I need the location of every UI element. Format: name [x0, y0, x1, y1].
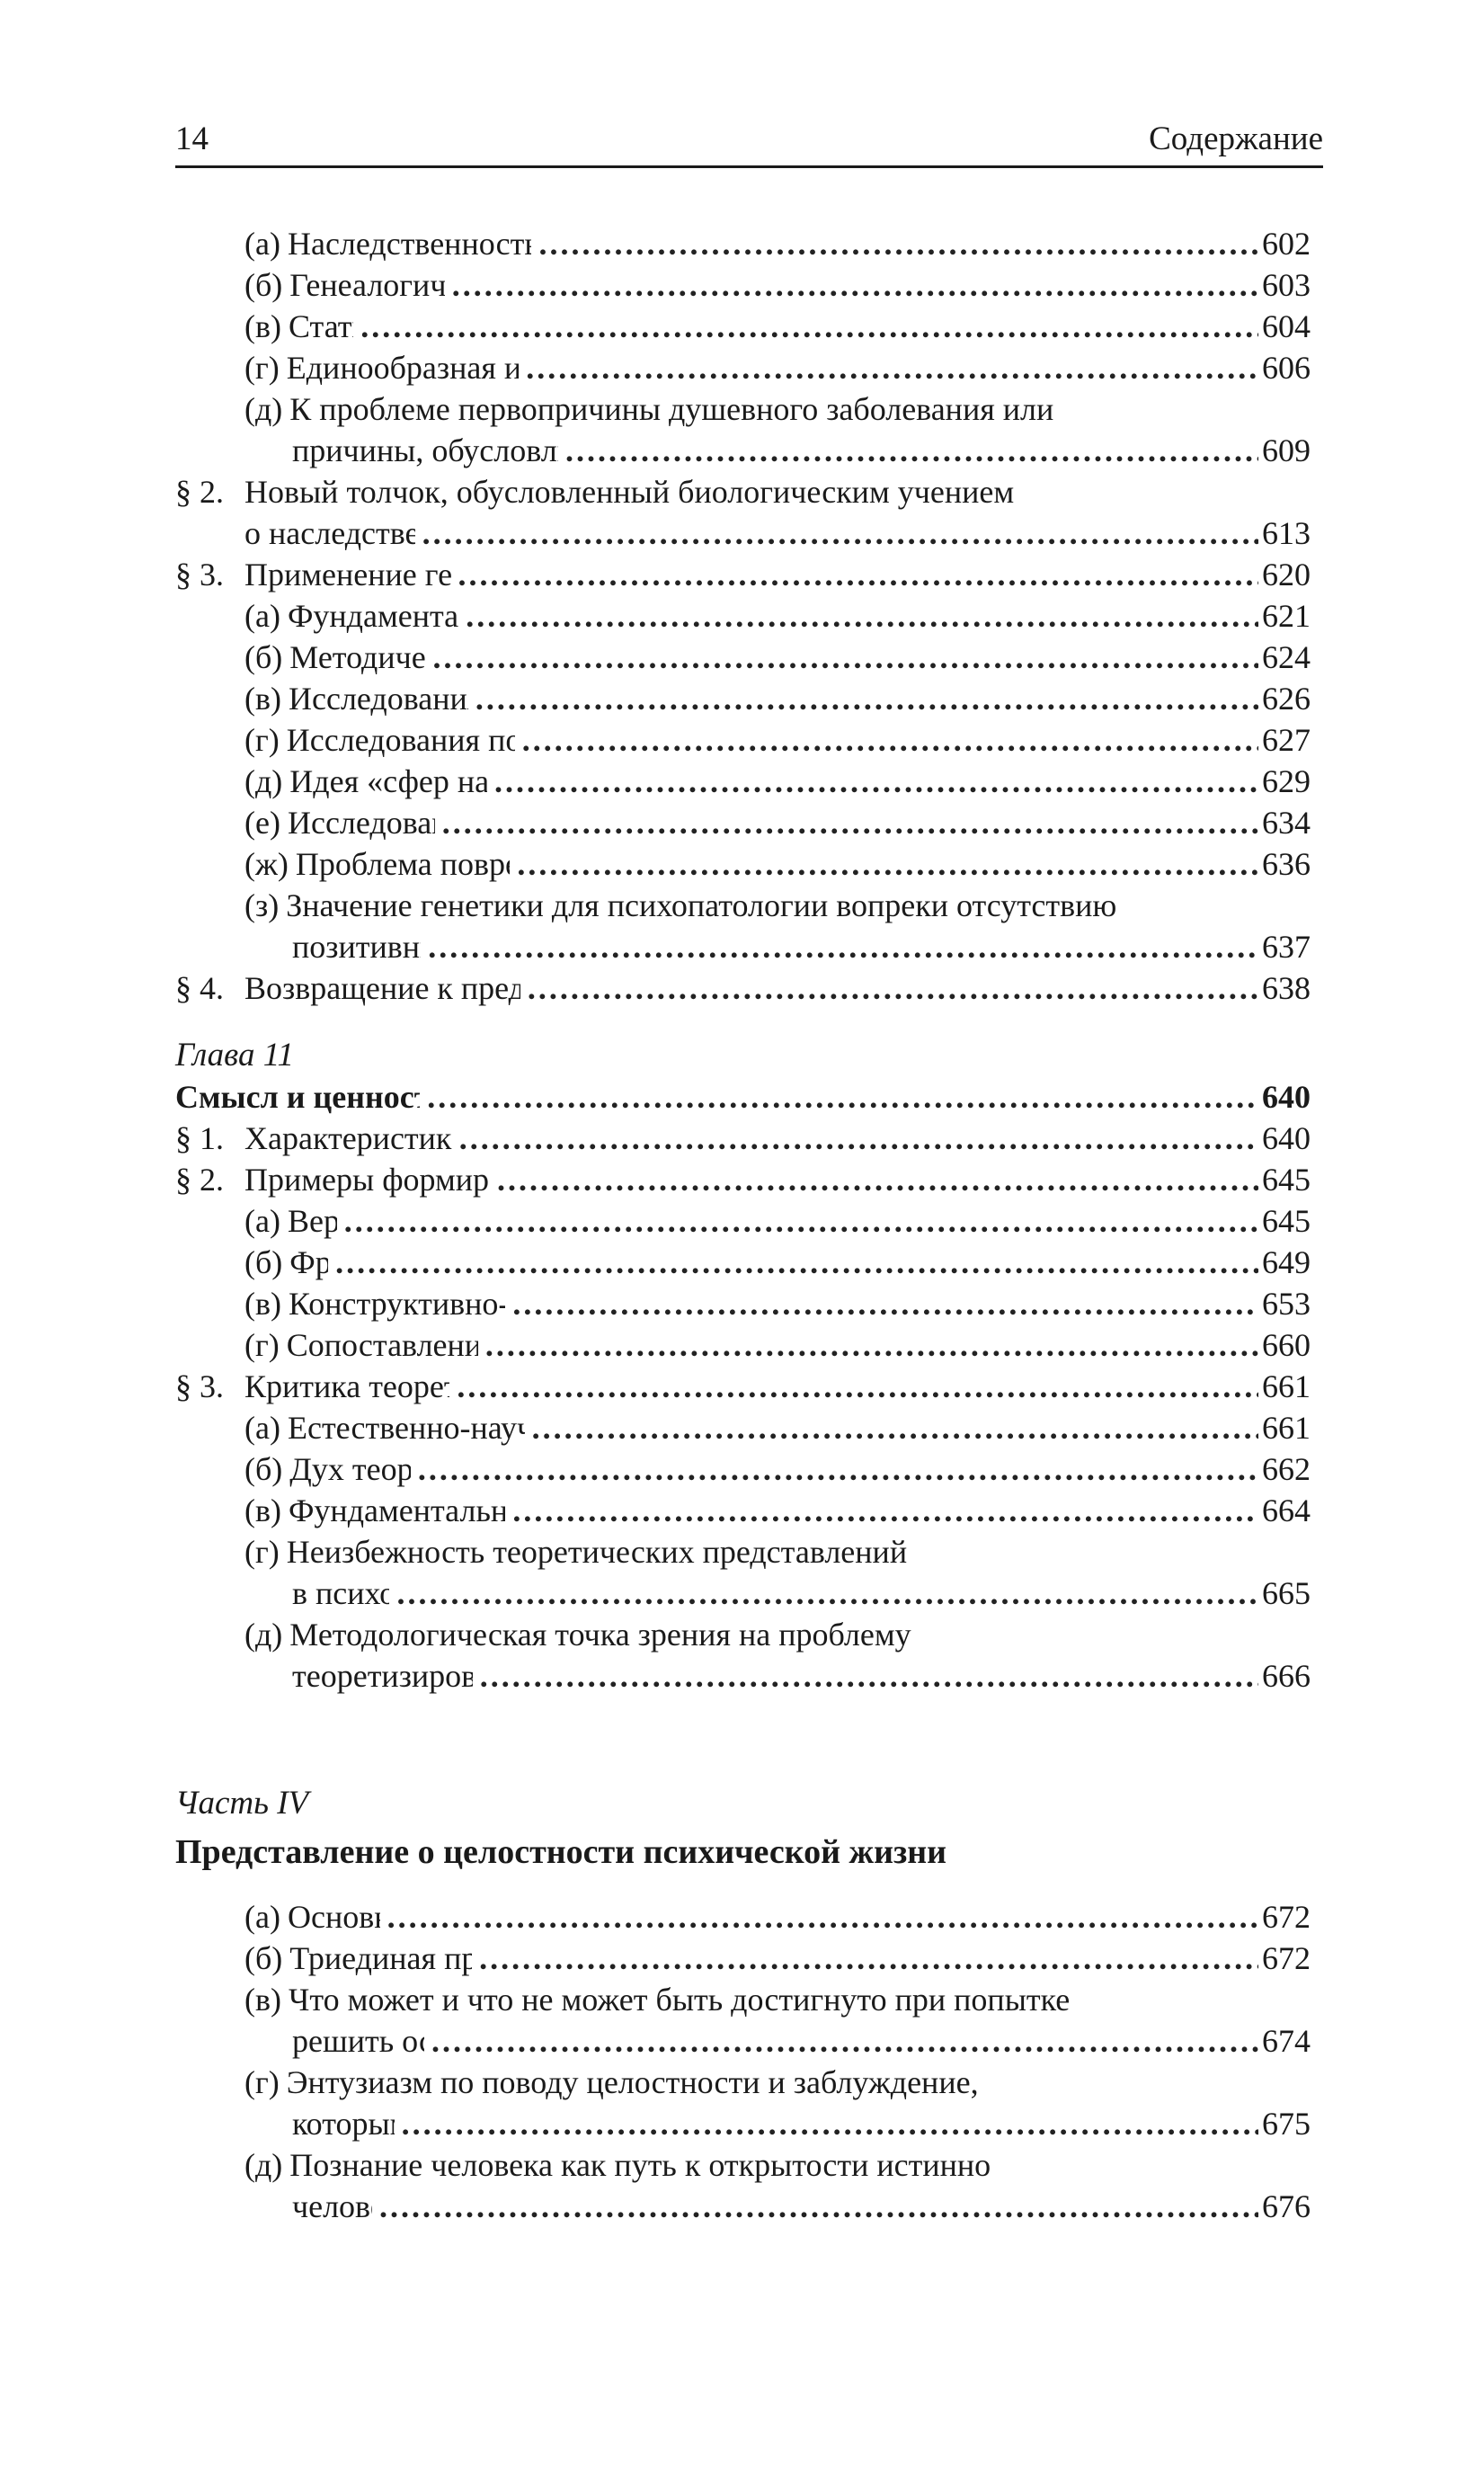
entry-marker: (в): [244, 306, 281, 347]
entry-marker: § 1.: [175, 1118, 244, 1159]
toc-entry[interactable]: § 3.Применение генетики в психопатологии…: [175, 554, 1311, 595]
entry-marker: (в): [244, 1979, 281, 2020]
entry-page-number: 674: [1262, 2020, 1311, 2062]
entry-page-number: 675: [1262, 2103, 1311, 2144]
toc-entry[interactable]: § 3.Критика теоретизирования как таковог…: [175, 1366, 1311, 1407]
toc-entry[interactable]: (а)Наследственность как фундаментальный …: [244, 223, 1311, 264]
entry-title: Познание человека как путь к открытости …: [289, 2144, 991, 2186]
toc-entry-line[interactable]: (д)Методологическая точка зрения на проб…: [244, 1614, 1311, 1655]
entry-page-number: 620: [1262, 554, 1311, 595]
part-title: Представление о целостности психической …: [175, 1830, 946, 1875]
entry-marker: (а): [244, 1896, 280, 1938]
dot-leader: ........................................…: [479, 1938, 1258, 1979]
entry-title: Генеалогическая точка зрения: [289, 264, 444, 306]
entry-marker: (в): [244, 1490, 281, 1531]
entry-marker: (б): [244, 264, 282, 306]
toc-entry[interactable]: (б)Триединая природа основной задачи....…: [244, 1938, 1311, 1979]
entry-page-number: 626: [1262, 678, 1311, 719]
entry-title: Что может и что не может быть достигнуто…: [289, 1979, 1070, 2020]
dot-leader: ........................................…: [422, 512, 1258, 554]
entry-marker: (б): [244, 637, 282, 678]
dot-leader: ........................................…: [497, 1159, 1258, 1200]
toc-entry[interactable]: (б)Фрейд................................…: [244, 1242, 1311, 1283]
entry-title: Применение генетики в психопатологии: [244, 554, 451, 595]
entry-title: Наследственность как фундаментальный фак…: [288, 223, 531, 264]
toc-entry[interactable]: (а)Естественно-научные теории как исходн…: [244, 1407, 1311, 1448]
entry-marker: § 3.: [175, 554, 244, 595]
dot-leader: ........................................…: [565, 430, 1258, 471]
entry-page-number: 662: [1262, 1448, 1311, 1490]
entry-title: Вернике: [288, 1200, 337, 1242]
running-title: Содержание: [1149, 117, 1323, 162]
dot-leader: ........................................…: [526, 347, 1258, 388]
dot-leader: ........................................…: [433, 637, 1259, 678]
entry-title: К проблеме первопричины душевного заболе…: [289, 388, 1053, 430]
toc-entry[interactable]: (а)Вернике..............................…: [244, 1200, 1311, 1242]
dot-leader: ........................................…: [480, 1655, 1258, 1697]
entry-marker: (д): [244, 2144, 282, 2186]
dot-leader: ........................................…: [466, 595, 1258, 637]
entry-marker: (а): [244, 1200, 280, 1242]
dot-leader: ........................................…: [442, 802, 1258, 843]
toc-entry[interactable]: (б)Дух теоретизирования.................…: [244, 1448, 1311, 1490]
entry-page-number: 638: [1262, 967, 1311, 1009]
toc-entry[interactable]: (е)Исследования по близнецам............…: [244, 802, 1311, 843]
dot-leader: ........................................…: [485, 1324, 1258, 1366]
entry-title: Исследования по близнецам: [288, 802, 435, 843]
entry-title: Новый толчок, обусловленный биологически…: [244, 471, 1014, 512]
toc-entry[interactable]: (в)Исследования по генетике психозов....…: [244, 678, 1311, 719]
entry-title: Значение генетики для психопатологии воп…: [286, 885, 1116, 926]
entry-page-number: 624: [1262, 637, 1311, 678]
entry-page-number: 627: [1262, 719, 1311, 761]
toc-entry[interactable]: которым он чреват.......................…: [292, 2103, 1311, 2144]
toc-entry[interactable]: причины, обусловливающей его возобновлен…: [292, 430, 1311, 471]
dot-leader: ........................................…: [517, 843, 1258, 885]
toc-entry[interactable]: (в)Фундаментальные ошибки теоретизирован…: [244, 1490, 1311, 1531]
toc-entry[interactable]: (б)Генеалогическая точка зрения.........…: [244, 264, 1311, 306]
toc-entry[interactable]: § 1.Характеристика объяснительных теорий…: [175, 1118, 1311, 1159]
entry-marker: (д): [244, 761, 282, 802]
entry-marker: (г): [244, 2062, 280, 2103]
entry-marker: (д): [244, 1614, 282, 1655]
toc-entry[interactable]: (б)Методические сложности...............…: [244, 637, 1311, 678]
entry-title: Смысл и ценность объяснительных теорий: [175, 1076, 420, 1118]
entry-title: Методологическая точка зрения на проблем…: [289, 1614, 911, 1655]
dot-leader: ........................................…: [494, 761, 1258, 802]
dot-leader: ........................................…: [402, 2103, 1258, 2144]
dot-leader: ........................................…: [428, 926, 1258, 967]
dot-leader: ........................................…: [431, 2020, 1258, 2062]
chapter-label: Глава 11: [175, 1035, 294, 1076]
dot-leader: ........................................…: [538, 223, 1258, 264]
entry-marker: (б): [244, 1242, 282, 1283]
entry-marker: (г): [244, 347, 280, 388]
dot-leader: ........................................…: [418, 1448, 1258, 1490]
entry-marker: (а): [244, 223, 280, 264]
entry-page-number: 645: [1262, 1200, 1311, 1242]
entry-marker: (б): [244, 1938, 282, 1979]
entry-marker: § 3.: [175, 1366, 244, 1407]
entry-title: человеческого: [292, 2186, 372, 2227]
entry-marker: (в): [244, 1283, 281, 1324]
toc-entry[interactable]: в психопатологии........................…: [292, 1573, 1311, 1614]
toc-entry[interactable]: Смысл и ценность объяснительных теорий..…: [175, 1076, 1311, 1118]
entry-page-number: 676: [1262, 2186, 1311, 2227]
entry-page-number: 649: [1262, 1242, 1311, 1283]
dot-leader: ........................................…: [427, 1076, 1258, 1118]
toc-entry-line[interactable]: § 2.Новый толчок, обусловленный биологич…: [175, 471, 1311, 512]
entry-title: Естественно-научные теории как исходные …: [288, 1407, 525, 1448]
entry-page-number: 664: [1262, 1490, 1311, 1531]
entry-title: о наследственности (генетикой): [244, 512, 415, 554]
toc-entry[interactable]: (в)Статистика...........................…: [244, 306, 1311, 347]
toc-entry[interactable]: (г)Единообразная и варьирующая наследств…: [244, 347, 1311, 388]
dot-leader: ........................................…: [457, 1366, 1258, 1407]
entry-marker: § 2.: [175, 1159, 244, 1200]
entry-page-number: 602: [1262, 223, 1311, 264]
entry-title: Фундаментальные ошибки теоретизирования: [289, 1490, 505, 1531]
entry-marker: (б): [244, 1448, 282, 1490]
dot-leader: ........................................…: [335, 1242, 1258, 1283]
dot-leader: ........................................…: [512, 1283, 1258, 1324]
book-page: 14 Содержание (а)Наследственность как фу…: [0, 0, 1484, 2468]
entry-page-number: 653: [1262, 1283, 1311, 1324]
entry-title: Идея «сфер наследования» («Erbkreise»): [289, 761, 487, 802]
dot-leader: ........................................…: [458, 554, 1259, 595]
entry-marker: (з): [244, 885, 279, 926]
toc-entry[interactable]: (а)Фундаментальные представления........…: [244, 595, 1311, 637]
entry-title: в психопатологии: [292, 1573, 389, 1614]
entry-title: Критика теоретизирования как такового: [244, 1366, 449, 1407]
toc-entry-line[interactable]: (д)К проблеме первопричины душевного заб…: [244, 388, 1311, 430]
entry-title: Энтузиазм по поводу целостности и заблуж…: [287, 2062, 979, 2103]
dot-leader: ........................................…: [528, 967, 1258, 1009]
entry-title: Триединая природа основной задачи: [289, 1938, 472, 1979]
running-header: 14 Содержание: [175, 117, 1323, 162]
toc-entry[interactable]: теоретизирования в психопатологии.......…: [292, 1655, 1311, 1697]
dot-leader: ........................................…: [475, 678, 1258, 719]
entry-page-number: 606: [1262, 347, 1311, 388]
toc-entry-line[interactable]: (г)Энтузиазм по поводу целостности и заб…: [244, 2062, 1311, 2103]
entry-marker: (е): [244, 802, 280, 843]
dot-leader: ........................................…: [387, 1896, 1258, 1938]
entry-title: Примеры формирования теорий в психопатол…: [244, 1159, 490, 1200]
entry-marker: (д): [244, 388, 282, 430]
entry-title: Методические сложности: [289, 637, 425, 678]
entry-title: Статистика: [289, 306, 353, 347]
entry-title: позитивных результатов: [292, 926, 421, 967]
chapter-label: Часть IV: [175, 1783, 308, 1824]
entry-page-number: 672: [1262, 1938, 1311, 1979]
entry-page-number: 609: [1262, 430, 1311, 471]
toc-entry[interactable]: (в)Конструктивно-генетическая психопатол…: [244, 1283, 1311, 1324]
entry-page-number: 665: [1262, 1573, 1311, 1614]
toc-entry[interactable]: позитивных результатов..................…: [292, 926, 1311, 967]
entry-page-number: 621: [1262, 595, 1311, 637]
toc-entry[interactable]: (г)Сопоставление рассмотренных теорий...…: [244, 1324, 1311, 1366]
toc-entry[interactable]: (г)Исследования по генетике психических …: [244, 719, 1311, 761]
dot-leader: ........................................…: [360, 306, 1258, 347]
toc-entry[interactable]: (а)Основная задача......................…: [244, 1896, 1311, 1938]
toc-entry[interactable]: о наследственности (генетикой)..........…: [244, 512, 1311, 554]
entry-marker: (г): [244, 719, 280, 761]
dot-leader: ........................................…: [344, 1200, 1258, 1242]
dot-leader: ........................................…: [522, 719, 1258, 761]
dot-leader: ........................................…: [532, 1407, 1258, 1448]
entry-page-number: 613: [1262, 512, 1311, 554]
entry-title: Фундаментальные представления: [288, 595, 458, 637]
dot-leader: ........................................…: [459, 1118, 1258, 1159]
entry-marker: (г): [244, 1531, 280, 1573]
dot-leader: ........................................…: [396, 1573, 1258, 1614]
entry-page-number: 629: [1262, 761, 1311, 802]
entry-title: Исследования по генетике психических явл…: [287, 719, 515, 761]
toc-entry-line[interactable]: (д)Познание человека как путь к открытос…: [244, 2144, 1311, 2186]
entry-marker: (ж): [244, 843, 289, 885]
entry-page-number: 661: [1262, 1366, 1311, 1407]
entry-page-number: 603: [1262, 264, 1311, 306]
entry-title: теоретизирования в психопатологии: [292, 1655, 473, 1697]
page-number: 14: [175, 117, 209, 162]
dot-leader: ........................................…: [452, 264, 1258, 306]
entry-title: Конструктивно-генетическая психопатологи…: [289, 1283, 505, 1324]
entry-title: Дух теоретизирования: [289, 1448, 411, 1490]
entry-page-number: 661: [1262, 1407, 1311, 1448]
entry-page-number: 640: [1262, 1118, 1311, 1159]
toc-entry-line[interactable]: (в)Что может и что не может быть достигн…: [244, 1979, 1311, 2020]
entry-title: Характеристика объяснительных теорий: [244, 1118, 452, 1159]
entry-page-number: 637: [1262, 926, 1311, 967]
header-rule: [175, 165, 1323, 168]
dot-leader: ........................................…: [379, 2186, 1258, 2227]
entry-page-number: 640: [1262, 1076, 1311, 1118]
toc-entry[interactable]: § 2.Примеры формирования теорий в психоп…: [175, 1159, 1311, 1200]
entry-page-number: 672: [1262, 1896, 1311, 1938]
entry-marker: (а): [244, 1407, 280, 1448]
entry-marker: (в): [244, 678, 281, 719]
entry-title: Фрейд: [289, 1242, 328, 1283]
entry-title: Основная задача: [288, 1896, 380, 1938]
toc-entry[interactable]: (ж)Проблема повреждения зародышевых клет…: [244, 843, 1311, 885]
entry-page-number: 636: [1262, 843, 1311, 885]
entry-title: Неизбежность теоретических представлений: [287, 1531, 907, 1573]
toc-entry[interactable]: (д)Идея «сфер наследования» («Erbkreise»…: [244, 761, 1311, 802]
entry-title: Проблема повреждения зародышевых клеток: [296, 843, 511, 885]
entry-page-number: 645: [1262, 1159, 1311, 1200]
toc-entry-line[interactable]: (г)Неизбежность теоретических представле…: [244, 1531, 1311, 1573]
toc-entry[interactable]: § 4.Возвращение к предварительной эмпири…: [175, 967, 1311, 1009]
toc-entry[interactable]: человеческого...........................…: [292, 2186, 1311, 2227]
dot-leader: ........................................…: [512, 1490, 1258, 1531]
entry-page-number: 634: [1262, 802, 1311, 843]
entry-marker: (а): [244, 595, 280, 637]
toc-entry[interactable]: решить основную задачу..................…: [292, 2020, 1311, 2062]
entry-title: причины, обусловливающей его возобновлен…: [292, 430, 558, 471]
entry-title: Исследования по генетике психозов: [289, 678, 468, 719]
entry-title: Сопоставление рассмотренных теорий: [287, 1324, 478, 1366]
entry-page-number: 660: [1262, 1324, 1311, 1366]
entry-marker: (г): [244, 1324, 280, 1366]
entry-marker: § 4.: [175, 967, 244, 1009]
entry-title: которым он чреват: [292, 2103, 395, 2144]
toc-entry-line[interactable]: (з)Значение генетики для психопатологии …: [244, 885, 1311, 926]
entry-page-number: 604: [1262, 306, 1311, 347]
entry-title: решить основную задачу: [292, 2020, 424, 2062]
entry-page-number: 666: [1262, 1655, 1311, 1697]
entry-marker: § 2.: [175, 471, 244, 512]
entry-title: Возвращение к предварительной эмпирическ…: [244, 967, 520, 1009]
entry-title: Единообразная и варьирующая наследственн…: [287, 347, 519, 388]
